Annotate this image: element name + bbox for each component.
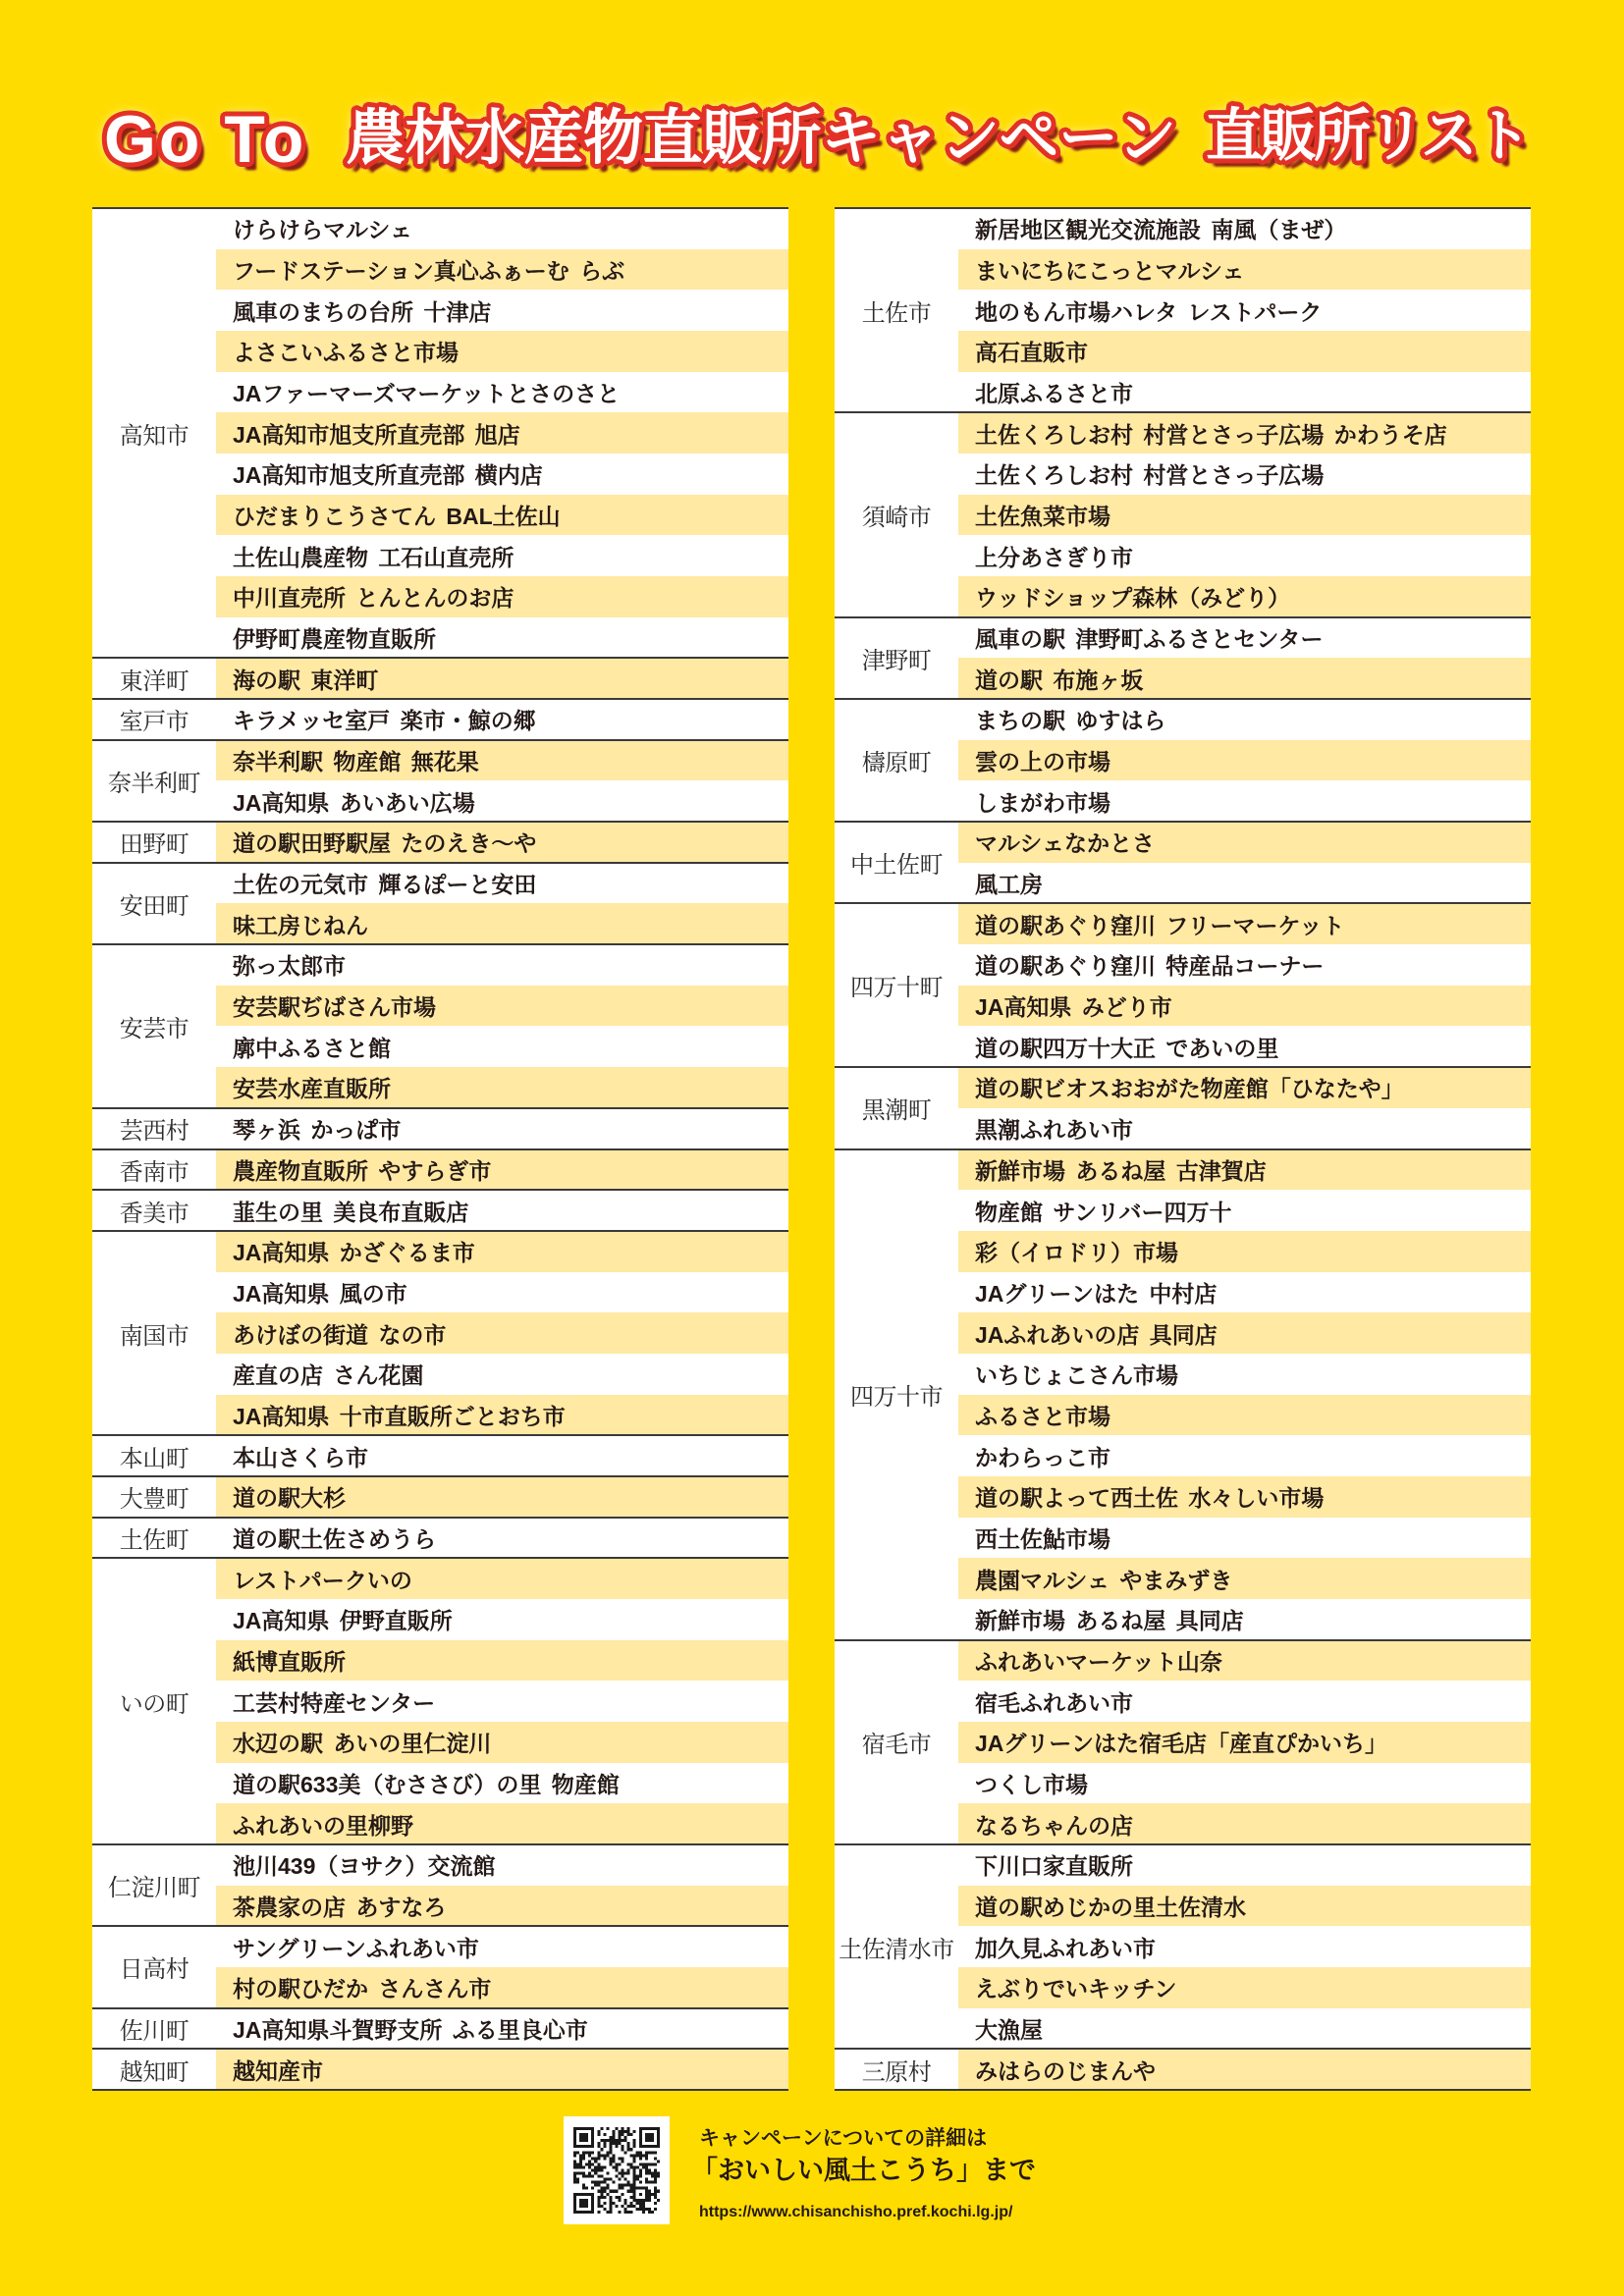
shop-row: 廓中ふるさと館	[216, 1026, 788, 1067]
shop-row: かわらっこ市	[958, 1435, 1531, 1476]
shop-row: 風車のまちの台所 十津店	[216, 290, 788, 331]
qr-code	[564, 2116, 670, 2224]
group-divider	[835, 1639, 1531, 1641]
shop-row: 茶農家の店 あすなろ	[216, 1886, 788, 1927]
municipality-group: 土佐の元気市 輝るぽーと安田味工房じねん安田町	[92, 863, 788, 944]
group-divider	[835, 411, 1531, 413]
municipality-label: 室戸市	[92, 699, 216, 740]
shop-row: ウッドショップ森林（みどり）	[958, 576, 1531, 617]
municipality-label: 香南市	[92, 1149, 216, 1191]
municipality-label: 津野町	[835, 617, 958, 699]
shop-row: 海の駅 東洋町	[216, 658, 788, 699]
municipality-label: 仁淀川町	[92, 1844, 216, 1926]
shop-row: けらけらマルシェ	[216, 208, 788, 249]
shop-row: 道の駅土佐さめうら	[216, 1518, 788, 1559]
municipality-label: 田野町	[92, 822, 216, 863]
title-list-label: 直販所リスト	[1206, 108, 1529, 165]
shop-row: JA高知県 十市直販所ごとおち市	[216, 1395, 788, 1436]
group-divider	[835, 1148, 1531, 1150]
shop-row: 道の駅633美（むささび）の里 物産館	[216, 1763, 788, 1804]
municipality-group: 韮生の里 美良布直販店香美市	[92, 1190, 788, 1231]
municipality-label: 三原村	[835, 2049, 958, 2090]
group-divider	[92, 1230, 788, 1232]
municipality-group: キラメッセ室戸 楽市・鯨の郷室戸市	[92, 699, 788, 740]
shop-row: 農産物直販所 やすらぎ市	[216, 1149, 788, 1191]
group-divider	[92, 862, 788, 864]
shop-row: 産直の店 さん花園	[216, 1354, 788, 1395]
municipality-group: JA高知県斗賀野支所 ふる里良心市佐川町	[92, 2008, 788, 2050]
municipality-label: 檮原町	[835, 699, 958, 822]
shop-row: まいにちにこっとマルシェ	[958, 249, 1531, 291]
shop-row: 道の駅あぐり窪川 特産品コーナー	[958, 944, 1531, 986]
shop-row: レストパークいの	[216, 1558, 788, 1599]
municipality-group: 琴ヶ浜 かっぱ市芸西村	[92, 1108, 788, 1149]
shop-row: ふれあいの里柳野	[216, 1803, 788, 1844]
shop-row: 新鮮市場 あるね屋 具同店	[958, 1599, 1531, 1640]
left-shop-table: けらけらマルシェフードステーション真心ふぁーむ らぶ風車のまちの台所 十津店よさ…	[92, 208, 788, 2090]
municipality-label: 須崎市	[835, 412, 958, 616]
shop-row: 紙博直販所	[216, 1640, 788, 1682]
municipality-group: 道の駅田野駅屋 たのえき〜や田野町	[92, 822, 788, 863]
municipality-group: 風車の駅 津野町ふるさとセンター道の駅 布施ヶ坂津野町	[835, 617, 1531, 699]
shop-row: 宿毛ふれあい市	[958, 1681, 1531, 1722]
municipality-group: 奈半利駅 物産館 無花果JA高知県 あいあい広場奈半利町	[92, 740, 788, 822]
shop-row: 地のもん市場ハレタ レストパーク	[958, 290, 1531, 331]
group-divider	[835, 821, 1531, 823]
shop-row: 本山さくら市	[216, 1435, 788, 1476]
municipality-group: サングリーンふれあい市村の駅ひだか さんさん市日高村	[92, 1926, 788, 2007]
shop-row: 道の駅あぐり窪川 フリーマーケット	[958, 903, 1531, 944]
group-divider	[92, 1517, 788, 1519]
municipality-group: けらけらマルシェフードステーション真心ふぁーむ らぶ風車のまちの台所 十津店よさ…	[92, 208, 788, 658]
municipality-group: みはらのじまんや三原村	[835, 2049, 1531, 2090]
shop-row: 道の駅大杉	[216, 1476, 788, 1518]
shop-row: JA高知県 あいあい広場	[216, 780, 788, 822]
table-bottom-rule	[92, 2089, 788, 2091]
municipality-label: 奈半利町	[92, 740, 216, 822]
group-divider	[92, 657, 788, 659]
group-divider	[835, 1843, 1531, 1845]
shop-row: 加久見ふれあい市	[958, 1926, 1531, 1967]
group-divider	[835, 902, 1531, 904]
municipality-label: 土佐清水市	[835, 1844, 958, 2049]
municipality-group: マルシェなかとさ風工房中土佐町	[835, 822, 1531, 903]
shop-row: みはらのじまんや	[958, 2049, 1531, 2090]
municipality-group: まちの駅 ゆすはら雲の上の市場しまがわ市場檮原町	[835, 699, 1531, 822]
municipality-group: 下川口家直販所道の駅めじかの里土佐清水加久見ふれあい市えぶりでいキッチン大漁屋土…	[835, 1844, 1531, 2049]
group-divider	[92, 1475, 788, 1477]
municipality-label: 佐川町	[92, 2008, 216, 2050]
shop-row: 道の駅よって西土佐 水々しい市場	[958, 1476, 1531, 1518]
municipality-group: 道の駅あぐり窪川 フリーマーケット道の駅あぐり窪川 特産品コーナーJA高知県 み…	[835, 903, 1531, 1067]
shop-row: 物産館 サンリバー四万十	[958, 1190, 1531, 1231]
municipality-group: 道の駅ビオスおおがた物産館「ひなたや」黒潮ふれあい市黒潮町	[835, 1067, 1531, 1148]
municipality-group: ふれあいマーケット山奈宿毛ふれあい市JAグリーンはた宿毛店「産直ぴかいち」つくし…	[835, 1640, 1531, 1844]
shop-row: 琴ヶ浜 かっぱ市	[216, 1108, 788, 1149]
municipality-label: 土佐町	[92, 1518, 216, 1559]
shop-row: 道の駅田野駅屋 たのえき〜や	[216, 822, 788, 863]
municipality-group: 農産物直販所 やすらぎ市香南市	[92, 1149, 788, 1191]
municipality-label: 東洋町	[92, 658, 216, 699]
shop-row: よさこいふるさと市場	[216, 331, 788, 372]
municipality-group: 海の駅 東洋町東洋町	[92, 658, 788, 699]
municipality-group: 本山さくら市本山町	[92, 1435, 788, 1476]
title-go-to: Go To	[104, 106, 306, 173]
shop-row: 土佐の元気市 輝るぽーと安田	[216, 863, 788, 904]
shop-row: 道の駅ビオスおおがた物産館「ひなたや」	[958, 1067, 1531, 1108]
municipality-label: 高知市	[92, 208, 216, 658]
shop-row: JA高知市旭支所直売部 旭店	[216, 412, 788, 454]
municipality-label: 大豊町	[92, 1476, 216, 1518]
shop-row: JA高知県 伊野直販所	[216, 1599, 788, 1640]
group-divider	[92, 1434, 788, 1436]
group-divider	[92, 2007, 788, 2009]
group-divider	[92, 739, 788, 741]
shop-row: 新居地区観光交流施設 南風（まぜ）	[958, 208, 1531, 249]
municipality-label: 中土佐町	[835, 822, 958, 903]
municipality-label: 安芸市	[92, 944, 216, 1108]
right-shop-table: 新居地区観光交流施設 南風（まぜ）まいにちにこっとマルシェ地のもん市場ハレタ レ…	[835, 208, 1531, 2090]
municipality-group: 弥っ太郎市安芸駅ぢばさん市場廓中ふるさと館安芸水産直販所安芸市	[92, 944, 788, 1108]
shop-row: 上分あさぎり市	[958, 535, 1531, 576]
shop-row: 伊野町農産物直販所	[216, 617, 788, 659]
shop-row: 高石直販市	[958, 331, 1531, 372]
municipality-group: JA高知県 かざぐるま市JA高知県 風の市あけぼの街道 なの市産直の店 さん花園…	[92, 1231, 788, 1435]
municipality-group: 道の駅土佐さめうら土佐町	[92, 1518, 788, 1559]
group-divider	[92, 1107, 788, 1109]
shop-row: 安芸水産直販所	[216, 1067, 788, 1108]
qr-code-icon	[573, 2127, 660, 2214]
shop-row: しまがわ市場	[958, 780, 1531, 822]
shop-row: 農園マルシェ やまみずき	[958, 1558, 1531, 1599]
shop-row: フードステーション真心ふぁーむ らぶ	[216, 249, 788, 291]
shop-row: なるちゃんの店	[958, 1803, 1531, 1844]
municipality-group: 土佐くろしお村 村営とさっ子広場 かわうそ店土佐くろしお村 村営とさっ子広場土佐…	[835, 412, 1531, 616]
group-divider	[92, 1925, 788, 1927]
page-title: Go To 農林水産物直販所キャンペーン 直販所リスト	[0, 0, 1624, 196]
title-campaign-name: 農林水産物直販所キャンペーン	[346, 108, 1176, 168]
details-caption: キャンペーンについての詳細は	[699, 2128, 987, 2149]
municipality-group: 道の駅大杉大豊町	[92, 1476, 788, 1518]
municipality-label: 黒潮町	[835, 1067, 958, 1148]
shop-row: 黒潮ふれあい市	[958, 1108, 1531, 1149]
municipality-label: 香美市	[92, 1190, 216, 1231]
group-divider	[92, 1843, 788, 1845]
shop-row: 越知産市	[216, 2049, 788, 2090]
shop-row: 道の駅四万十大正 であいの里	[958, 1026, 1531, 1067]
shop-row: 風工房	[958, 863, 1531, 904]
shop-row: 北原ふるさと市	[958, 372, 1531, 413]
shop-row: 雲の上の市場	[958, 740, 1531, 781]
municipality-label: 安田町	[92, 863, 216, 944]
shop-row: JA高知県 かざぐるま市	[216, 1231, 788, 1272]
municipality-label: 本山町	[92, 1435, 216, 1476]
shop-row: JAふれあいの店 具同店	[958, 1312, 1531, 1354]
shop-row: あけぼの街道 なの市	[216, 1312, 788, 1354]
site-url: https://www.chisanchisho.pref.kochi.lg.j…	[699, 2205, 1012, 2220]
group-divider	[92, 943, 788, 945]
shop-row: 土佐くろしお村 村営とさっ子広場	[958, 454, 1531, 495]
shop-row: ひだまりこうさてん BAL土佐山	[216, 495, 788, 536]
shop-row: つくし市場	[958, 1763, 1531, 1804]
municipality-label: いの町	[92, 1558, 216, 1844]
municipality-group: 池川439（ヨサク）交流館茶農家の店 あすなろ仁淀川町	[92, 1844, 788, 1926]
shop-row: 土佐くろしお村 村営とさっ子広場 かわうそ店	[958, 412, 1531, 454]
shop-row: JAグリーンはた宿毛店「産直ぴかいち」	[958, 1722, 1531, 1763]
group-divider	[92, 698, 788, 700]
shop-row: 安芸駅ぢばさん市場	[216, 986, 788, 1027]
shop-row: 水辺の駅 あいの里仁淀川	[216, 1722, 788, 1763]
group-divider	[92, 1189, 788, 1191]
municipality-label: 日高村	[92, 1926, 216, 2007]
group-divider	[92, 2048, 788, 2050]
shop-row: 土佐山農産物 工石山直売所	[216, 535, 788, 576]
group-divider	[835, 616, 1531, 618]
shop-row: ふれあいマーケット山奈	[958, 1640, 1531, 1682]
group-divider	[835, 207, 1531, 209]
shop-row: いちじょこさん市場	[958, 1354, 1531, 1395]
group-divider	[92, 821, 788, 823]
shop-row: 村の駅ひだか さんさん市	[216, 1967, 788, 2008]
shop-row: JAグリーンはた 中村店	[958, 1272, 1531, 1313]
shop-row: JAファーマーズマーケットとさのさと	[216, 372, 788, 413]
shop-row: 西土佐鮎市場	[958, 1518, 1531, 1559]
municipality-label: 越知町	[92, 2049, 216, 2090]
group-divider	[835, 698, 1531, 700]
shop-row: 味工房じねん	[216, 903, 788, 944]
municipality-group: 新居地区観光交流施設 南風（まぜ）まいにちにこっとマルシェ地のもん市場ハレタ レ…	[835, 208, 1531, 412]
shop-row: 韮生の里 美良布直販店	[216, 1190, 788, 1231]
shop-row: 新鮮市場 あるね屋 古津賀店	[958, 1149, 1531, 1191]
shop-row: ふるさと市場	[958, 1395, 1531, 1436]
shop-row: 彩（イロドリ）市場	[958, 1231, 1531, 1272]
shop-row: まちの駅 ゆすはら	[958, 699, 1531, 740]
municipality-label: 土佐市	[835, 208, 958, 412]
shop-row: 下川口家直販所	[958, 1844, 1531, 1886]
table-bottom-rule	[835, 2089, 1531, 2091]
site-name: 「おいしい風土こうち」まで	[691, 2158, 1036, 2184]
municipality-label: 芸西村	[92, 1108, 216, 1149]
shop-row: JA高知市旭支所直売部 横内店	[216, 454, 788, 495]
group-divider	[92, 207, 788, 209]
shop-row: 中川直売所 とんとんのお店	[216, 576, 788, 617]
shop-row: マルシェなかとさ	[958, 822, 1531, 863]
shop-row: 風車の駅 津野町ふるさとセンター	[958, 617, 1531, 659]
group-divider	[835, 1066, 1531, 1068]
shop-row: 大漁屋	[958, 2008, 1531, 2050]
shop-row: 道の駅めじかの里土佐清水	[958, 1886, 1531, 1927]
shop-row: JA高知県 風の市	[216, 1272, 788, 1313]
municipality-group: 越知産市越知町	[92, 2049, 788, 2090]
shop-row: 工芸村特産センター	[216, 1681, 788, 1722]
shop-row: JA高知県 みどり市	[958, 986, 1531, 1027]
municipality-label: 宿毛市	[835, 1640, 958, 1844]
municipality-label: 南国市	[92, 1231, 216, 1435]
municipality-group: 新鮮市場 あるね屋 古津賀店物産館 サンリバー四万十彩（イロドリ）市場JAグリー…	[835, 1149, 1531, 1640]
group-divider	[92, 1557, 788, 1559]
municipality-label: 四万十市	[835, 1149, 958, 1640]
shop-row: 道の駅 布施ヶ坂	[958, 658, 1531, 699]
group-divider	[835, 2048, 1531, 2050]
group-divider	[92, 1148, 788, 1150]
shop-row: JA高知県斗賀野支所 ふる里良心市	[216, 2008, 788, 2050]
shop-row: キラメッセ室戸 楽市・鯨の郷	[216, 699, 788, 740]
shop-row: サングリーンふれあい市	[216, 1926, 788, 1967]
municipality-group: レストパークいのJA高知県 伊野直販所紙博直販所工芸村特産センター水辺の駅 あい…	[92, 1558, 788, 1844]
shop-row: えぶりでいキッチン	[958, 1967, 1531, 2008]
shop-row: 土佐魚菜市場	[958, 495, 1531, 536]
shop-row: 奈半利駅 物産館 無花果	[216, 740, 788, 781]
municipality-label: 四万十町	[835, 903, 958, 1067]
shop-row: 池川439（ヨサク）交流館	[216, 1844, 788, 1886]
shop-row: 弥っ太郎市	[216, 944, 788, 986]
